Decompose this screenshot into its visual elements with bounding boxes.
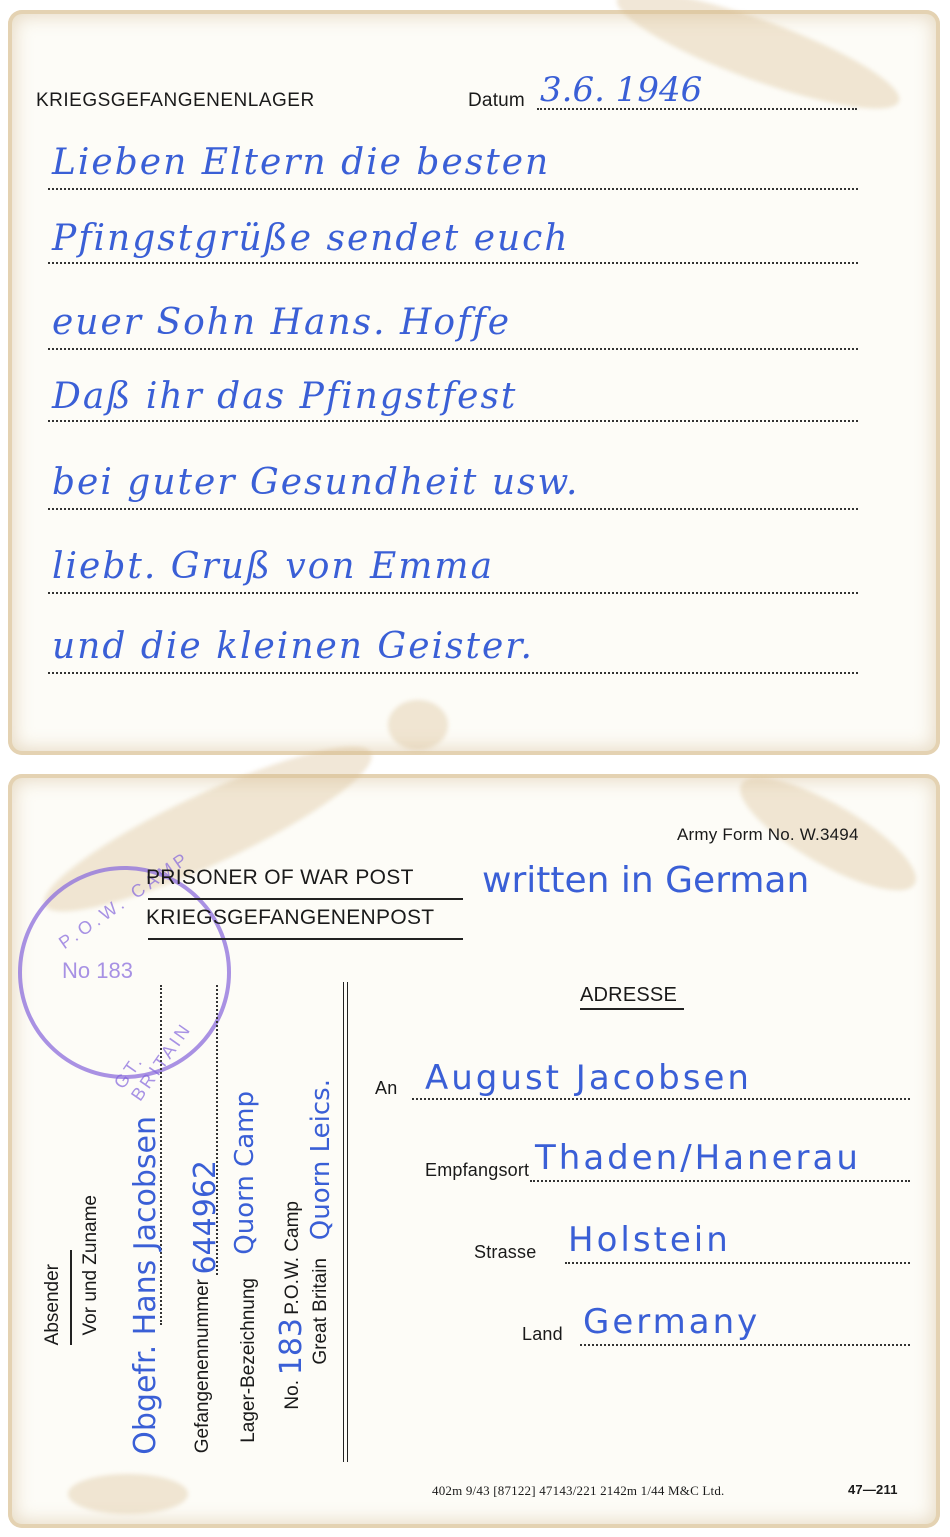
letter-line-3: euer Sohn Hans. Hoffe	[52, 302, 511, 343]
letter-line-7: und die kleinen Geister.	[52, 626, 534, 667]
address-heading: ADRESSE	[580, 984, 677, 1007]
camp-no-label: No.	[282, 1380, 304, 1410]
letter-line-1: Lieben Eltern die besten	[52, 142, 550, 183]
form-title: KRIEGSGEFANGENENLAGER	[36, 90, 315, 112]
street-dotted-line	[565, 1262, 910, 1264]
street-label: Strasse	[474, 1242, 536, 1263]
country-dotted-line	[580, 1344, 910, 1346]
letter-line-6: liebt. Gruß von Emma	[52, 546, 494, 587]
header-rule	[148, 938, 463, 940]
stamp-number: No 183	[62, 958, 133, 984]
letter-rule	[48, 420, 858, 422]
date-label: Datum	[468, 90, 525, 112]
sender-name-value: Obgefr. Hans Jacobsen	[128, 1116, 163, 1455]
header-rule	[148, 898, 463, 900]
pow-camp-label: P.O.W. Camp	[282, 1201, 304, 1315]
to-dotted-line	[412, 1098, 910, 1100]
header-pow-post: PRISONER OF WAR POST	[146, 866, 414, 890]
country-value: Quorn Leics.	[306, 1079, 336, 1240]
country-label: Land	[522, 1324, 563, 1345]
sender-heading: Absender	[42, 1264, 64, 1345]
paper-tear	[388, 700, 448, 750]
recipient-name-value: August Jacobsen	[425, 1058, 752, 1098]
handwritten-annotation: written in German	[482, 860, 809, 901]
sender-heading-rule	[70, 1250, 72, 1345]
letter-line-4: Daß ihr das Pfingstfest	[52, 376, 517, 417]
letter-rule	[48, 592, 858, 594]
letter-line-5: bei guter Gesundheit usw.	[52, 462, 579, 503]
letter-line-2: Pfingstgrüße sendet euch	[52, 218, 570, 259]
letter-rule	[48, 672, 858, 674]
printer-imprint: 402m 9/43 [87122] 47143/221 2142m 1/44 M…	[432, 1483, 725, 1499]
prisoner-number-label: Gefangenennummer	[192, 1279, 214, 1453]
letter-rule	[48, 348, 858, 350]
destination-dotted-line	[530, 1180, 910, 1182]
destination-value: Thaden/Hanerau	[535, 1138, 861, 1178]
country-value: Germany	[583, 1302, 760, 1342]
street-value: Holstein	[568, 1220, 731, 1260]
destination-label: Empfangsort	[425, 1160, 529, 1181]
date-value: 3.6. 1946	[540, 70, 702, 110]
camp-designation-label: Lager-Bezeichnung	[238, 1278, 260, 1443]
prisoner-number-value: 644962	[188, 1160, 223, 1275]
army-form-number: Army Form No. W.3494	[677, 825, 859, 845]
address-heading-rule	[580, 1008, 684, 1010]
country-label: Great Britain	[310, 1258, 332, 1365]
header-kgf-post: KRIEGSGEFANGENENPOST	[146, 906, 434, 930]
double-divider	[343, 982, 348, 1462]
camp-no-value: 183	[274, 1318, 309, 1375]
to-label: An	[375, 1078, 397, 1099]
sender-section: Absender Vor und Zuname Obgefr. Hans Jac…	[30, 985, 345, 1465]
letter-rule	[48, 188, 858, 190]
letter-rule	[48, 508, 858, 510]
letter-rule	[48, 262, 858, 264]
name-label: Vor und Zuname	[80, 1195, 102, 1335]
imprint-code: 47—211	[848, 1482, 898, 1497]
paper-stain	[607, 0, 909, 129]
paper-stain	[68, 1474, 188, 1514]
camp-designation-value: Quorn Camp	[230, 1091, 260, 1255]
